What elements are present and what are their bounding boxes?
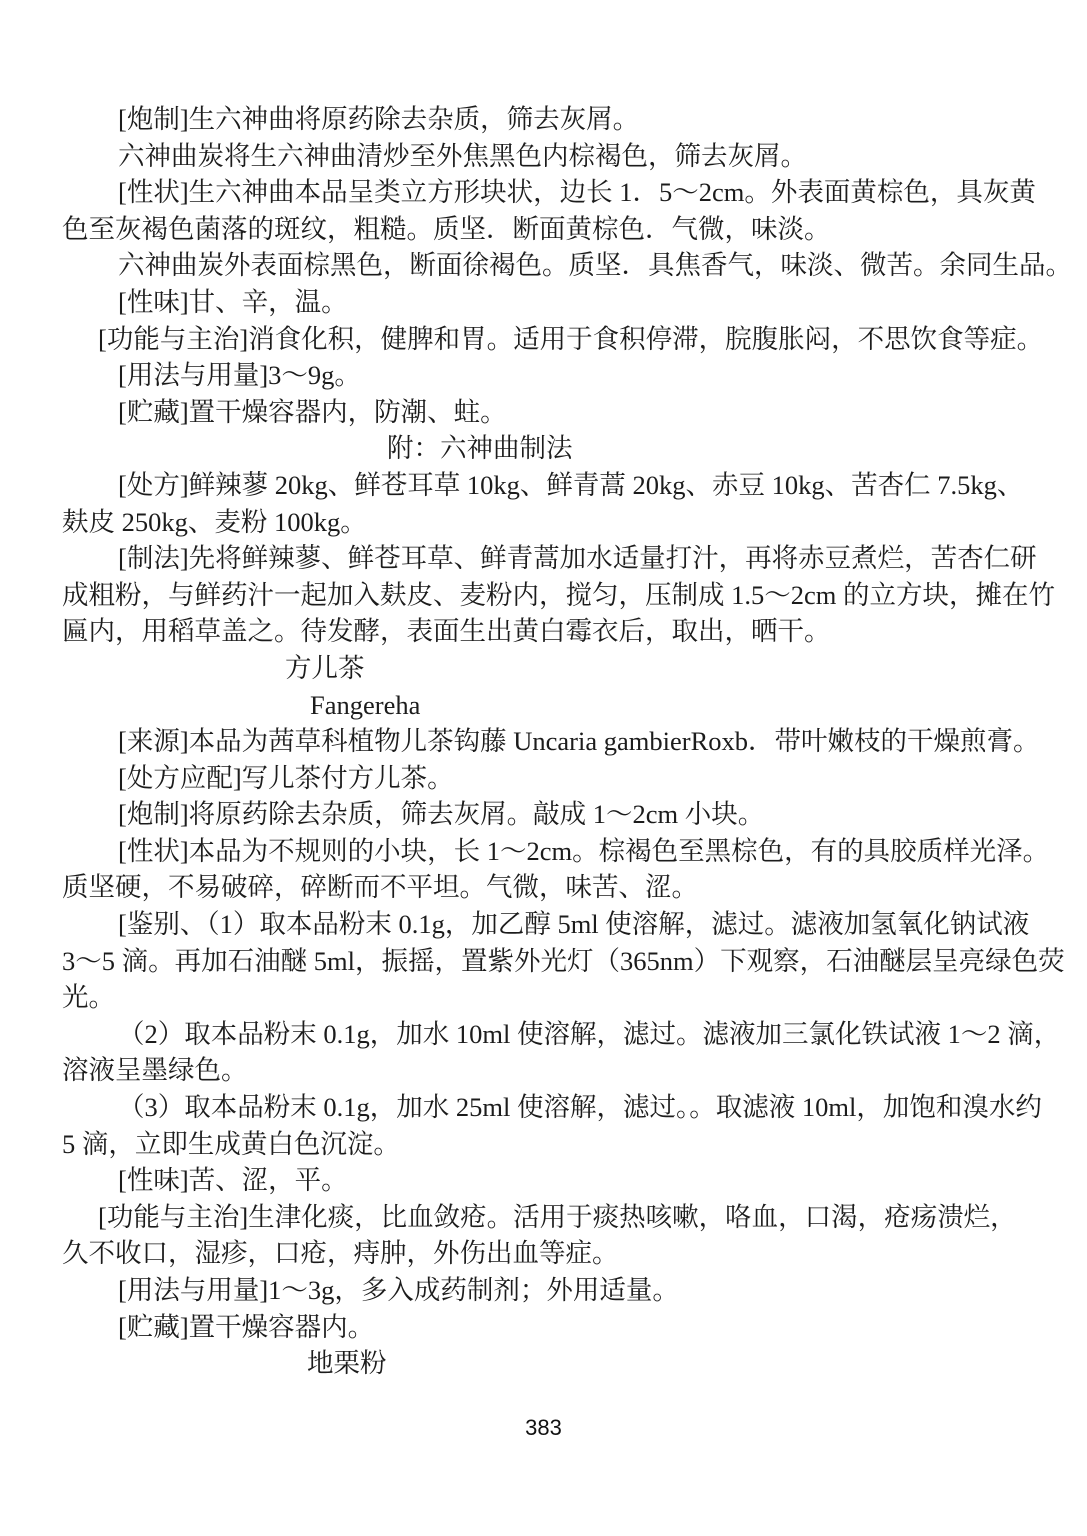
text-line: 六神曲炭将生六神曲清炒至外焦黑色内棕褐色，筛去灰屑。 bbox=[62, 138, 1042, 175]
text-line: 六神曲炭外表面棕黑色，断面徐褐色。质坚．具焦香气，味淡、微苦。余同生品。 bbox=[62, 247, 1042, 284]
text-line: 溶液呈墨绿色。 bbox=[62, 1052, 1042, 1089]
monograph-title: 方儿茶 bbox=[62, 650, 1042, 687]
section-heading: 附：六神曲制法 bbox=[62, 430, 1042, 467]
text-line: 光。 bbox=[62, 979, 1042, 1016]
text-line: [用法与用量]1～3g，多入成药制剂；外用适量。 bbox=[62, 1272, 1042, 1309]
text-line: 5 滴，立即生成黄白色沉淀。 bbox=[62, 1126, 1042, 1163]
page-body: [炮制]生六神曲将原药除去杂质，筛去灰屑。六神曲炭将生六神曲清炒至外焦黑色内棕褐… bbox=[62, 101, 1042, 1382]
text-line: [性味]甘、辛，温。 bbox=[62, 284, 1042, 321]
text-line: 质坚硬，不易破碎，碎断而不平坦。气微，味苦、涩。 bbox=[62, 869, 1042, 906]
text-line: 成粗粉，与鲜药汁一起加入麸皮、麦粉内，搅匀，压制成 1.5～2cm 的立方块，摊… bbox=[62, 577, 1042, 614]
text-line: 久不收口，湿疹，口疮，痔肿，外伤出血等症。 bbox=[62, 1235, 1042, 1272]
text-line: [来源]本品为茜草科植物儿茶钩藤 Uncaria gambierRoxb．带叶嫩… bbox=[62, 723, 1042, 760]
text-line: 匾内，用稻草盖之。待发酵，表面生出黄白霉衣后，取出，晒干。 bbox=[62, 613, 1042, 650]
text-line: [性状]本品为不规则的小块，长 1～2cm。棕褐色至黑棕色，有的具胶质样光泽。 bbox=[62, 833, 1042, 870]
text-line: （2）取本品粉末 0.1g，加水 10ml 使溶解，滤过。滤液加三氯化铁试液 1… bbox=[62, 1016, 1042, 1053]
text-line: [功能与主治]消食化积，健脾和胃。适用于食积停滞，脘腹胀闷，不思饮食等症。 bbox=[62, 321, 1042, 358]
text-line: [处方应配]写儿茶付方儿茶。 bbox=[62, 760, 1042, 797]
text-line: 色至灰褐色菌落的斑纹，粗糙。质坚．断面黄棕色．气微，味淡。 bbox=[62, 211, 1042, 248]
text-line: [贮藏]置干燥容器内，防潮、蛀。 bbox=[62, 394, 1042, 431]
text-line: [鉴别、（1）取本品粉末 0.1g，加乙醇 5ml 使溶解，滤过。滤液加氢氧化钠… bbox=[62, 906, 1042, 943]
text-line: [性味]苦、涩，平。 bbox=[62, 1162, 1042, 1199]
monograph-latin-name: Fangereha bbox=[62, 687, 1042, 724]
text-line: [制法]先将鲜辣蓼、鲜苍耳草、鲜青蒿加水适量打汁，再将赤豆煮烂，苦杏仁研 bbox=[62, 540, 1042, 577]
text-line: （3）取本品粉末 0.1g，加水 25ml 使溶解，滤过。。取滤液 10ml，加… bbox=[62, 1089, 1042, 1126]
page-number: 383 bbox=[0, 1415, 1087, 1441]
text-line: [炮制]将原药除去杂质，筛去灰屑。敲成 1～2cm 小块。 bbox=[62, 796, 1042, 833]
text-line: 3～5 滴。再加石油醚 5ml，振摇，置紫外光灯（365nm）下观察，石油醚层呈… bbox=[62, 943, 1042, 980]
text-line: [用法与用量]3～9g。 bbox=[62, 357, 1042, 394]
text-line: [性状]生六神曲本品呈类立方形块状，边长 1．5～2cm。外表面黄棕色，具灰黄 bbox=[62, 174, 1042, 211]
text-line: [炮制]生六神曲将原药除去杂质，筛去灰屑。 bbox=[62, 101, 1042, 138]
monograph-title: 地栗粉 bbox=[62, 1345, 1042, 1382]
text-line: [贮藏]置干燥容器内。 bbox=[62, 1309, 1042, 1346]
pharmacopoeia-page: [炮制]生六神曲将原药除去杂质，筛去灰屑。六神曲炭将生六神曲清炒至外焦黑色内棕褐… bbox=[0, 0, 1087, 1536]
text-line: [功能与主治]生津化痰，比血敛疮。活用于痰热咳嗽，咯血，口渴，疮疡溃烂， bbox=[62, 1199, 1042, 1236]
text-line: [处方]鲜辣蓼 20kg、鲜苍耳草 10kg、鲜青蒿 20kg、赤豆 10kg、… bbox=[62, 467, 1042, 504]
text-line: 麸皮 250kg、麦粉 100kg。 bbox=[62, 504, 1042, 541]
